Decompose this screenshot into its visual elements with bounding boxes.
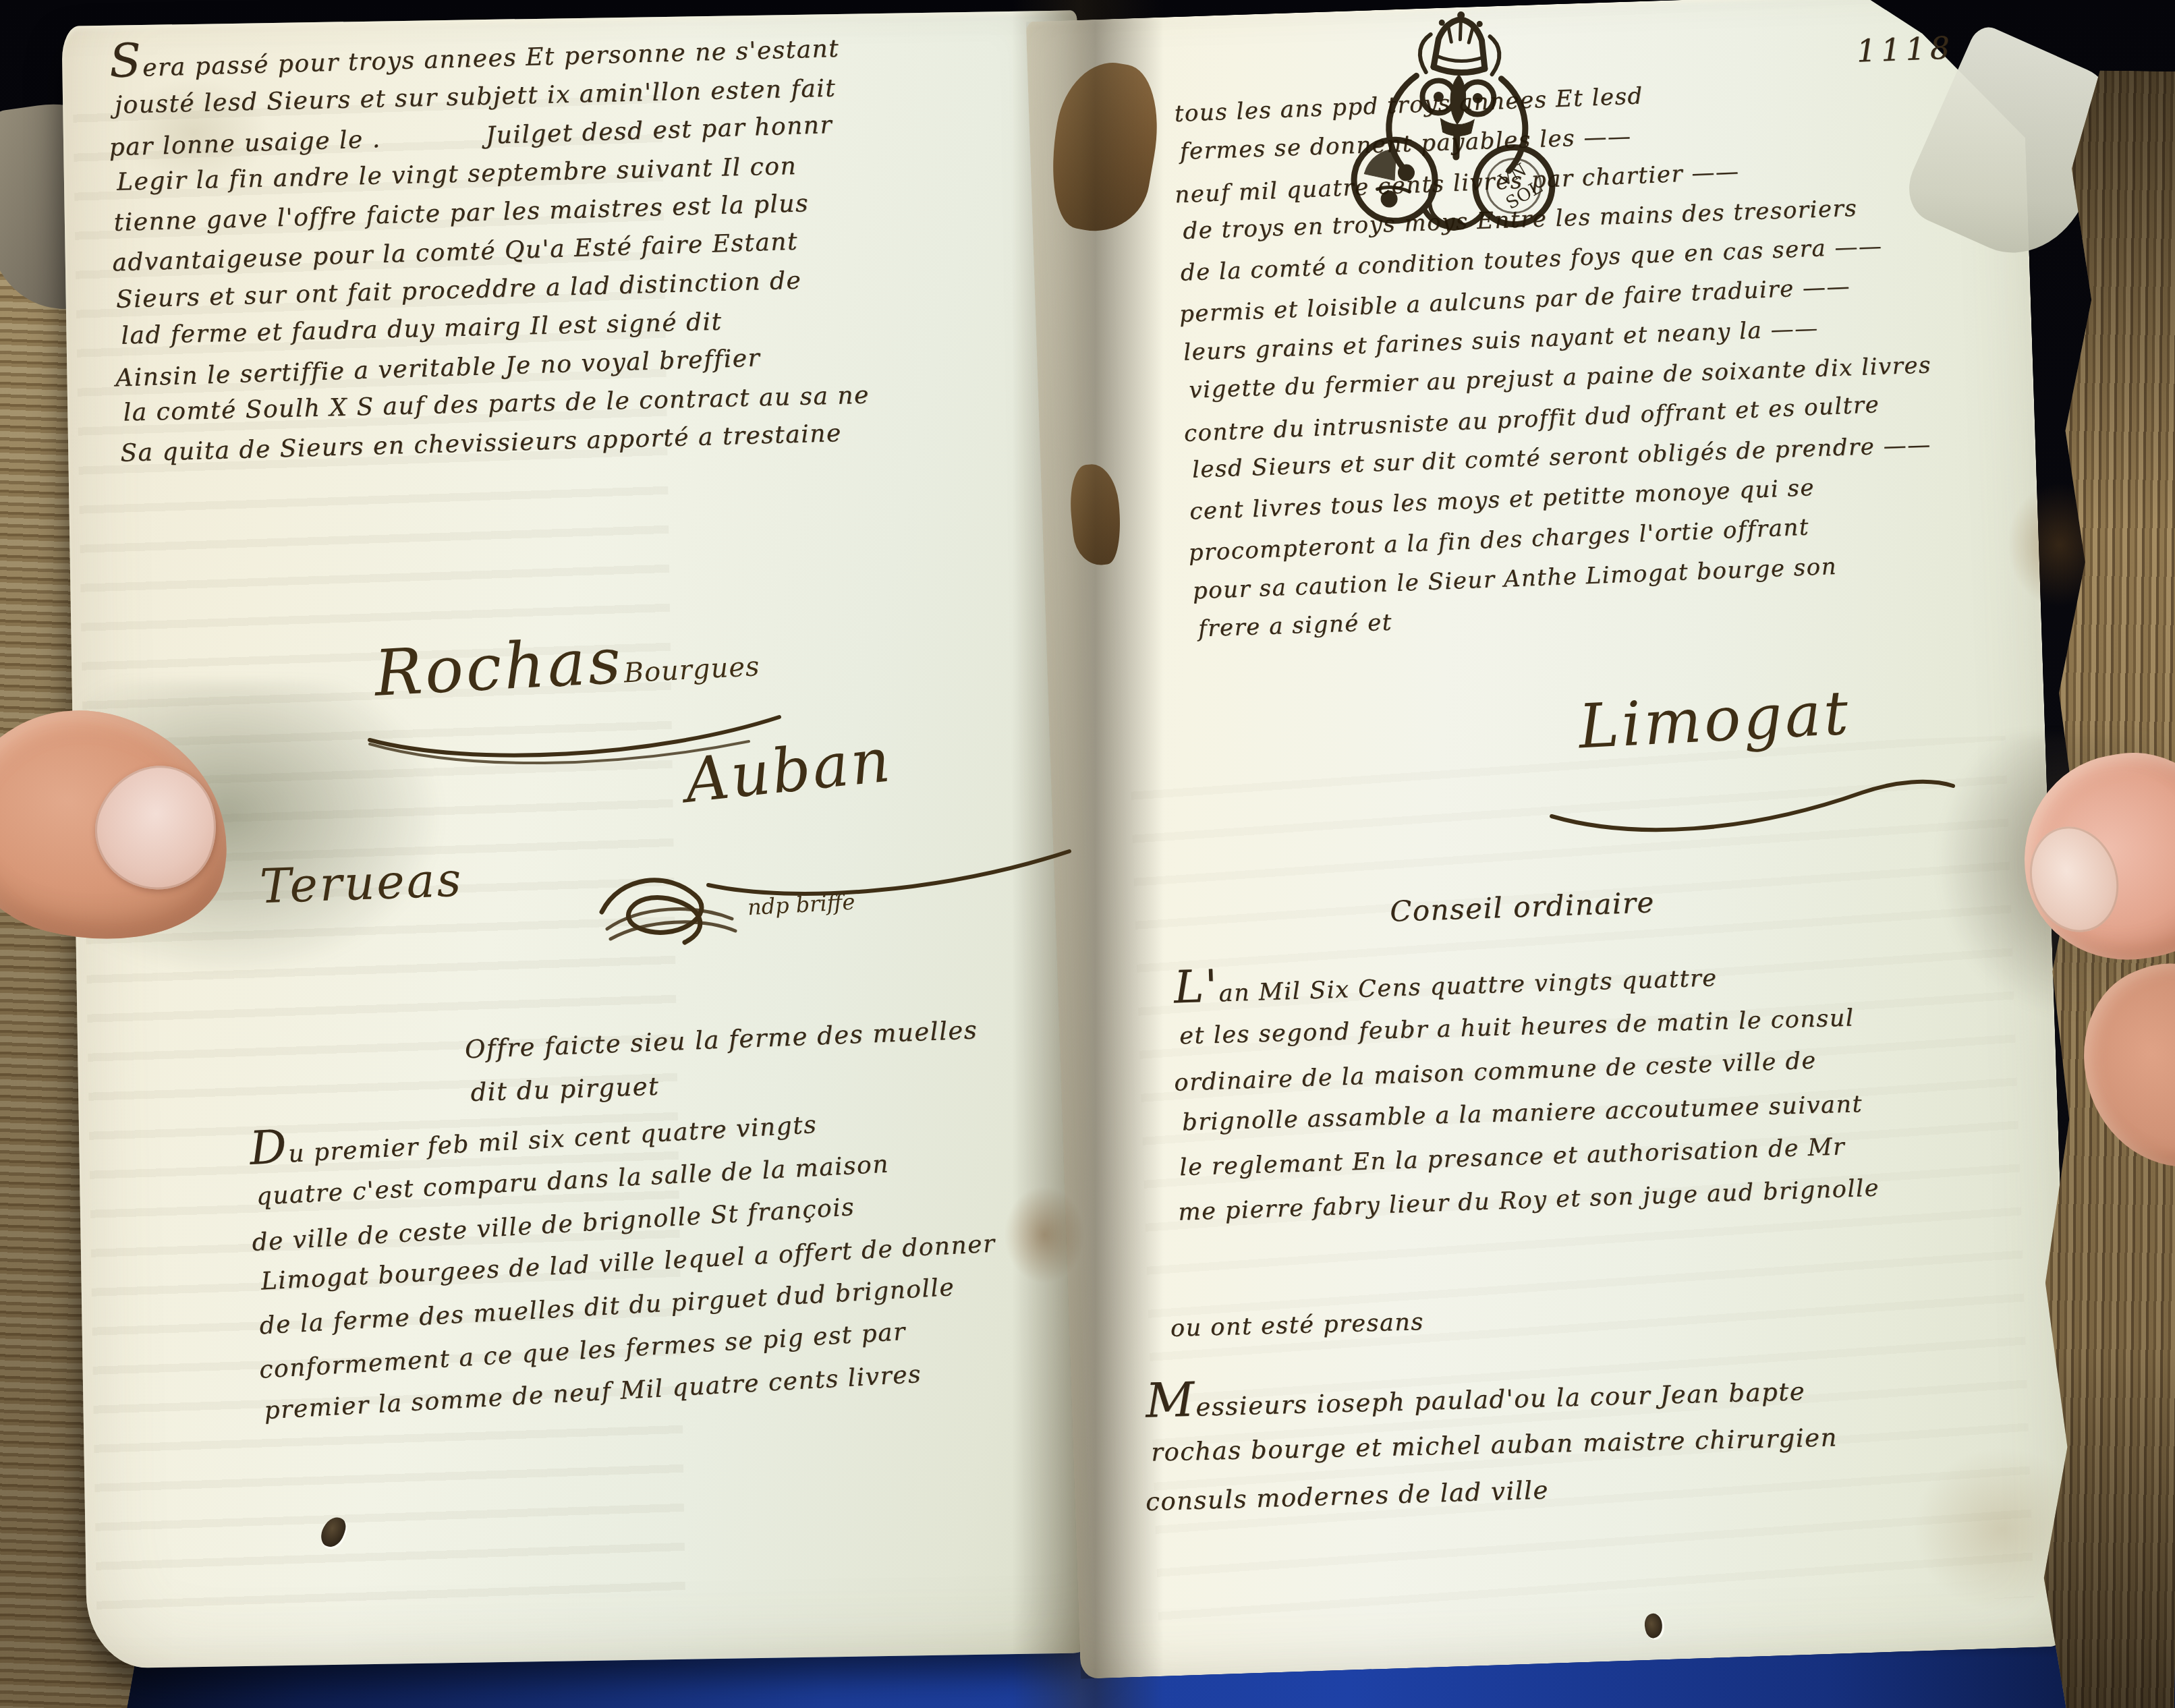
attendees-paragraph: Messieurs ioseph paulad'ou la cour Jean …: [1146, 1361, 2060, 1523]
stamp-left-medallion: [1353, 138, 1436, 222]
left-entry-text: Sera passé pour troys annees Et personne…: [109, 19, 1085, 473]
signature-paraph-scribble: [594, 865, 749, 959]
page-number: 1118: [1856, 29, 1955, 69]
signature-name: Rochas: [373, 625, 625, 711]
manuscript-photo: Sera passé pour troys annees Et personne…: [0, 0, 2175, 1708]
stamp-crown-icon: [1434, 11, 1487, 74]
stamp-right-medallion: VN SOL: [1474, 146, 1554, 226]
signature-limogat: Limogat: [1577, 678, 1853, 763]
council-paragraph: L'an Mil Six Cens quattre vingts quattre…: [1173, 944, 2058, 1233]
crowned-fleur-de-lis-stamp-icon: VN SOL: [1328, 4, 1586, 246]
offer-paragraph: Du premier feb mil six cent quatre vingt…: [249, 1087, 1101, 1433]
signature-flourish: [1545, 769, 1963, 850]
signature-terueas: Terueas: [259, 852, 464, 914]
signature-suffix: Bourgues: [623, 651, 760, 689]
stamp-fleur-de-lis-icon: [1420, 74, 1494, 159]
right-entry-text: tous les ans ppd troys annees Et lesdfer…: [1174, 61, 2065, 652]
